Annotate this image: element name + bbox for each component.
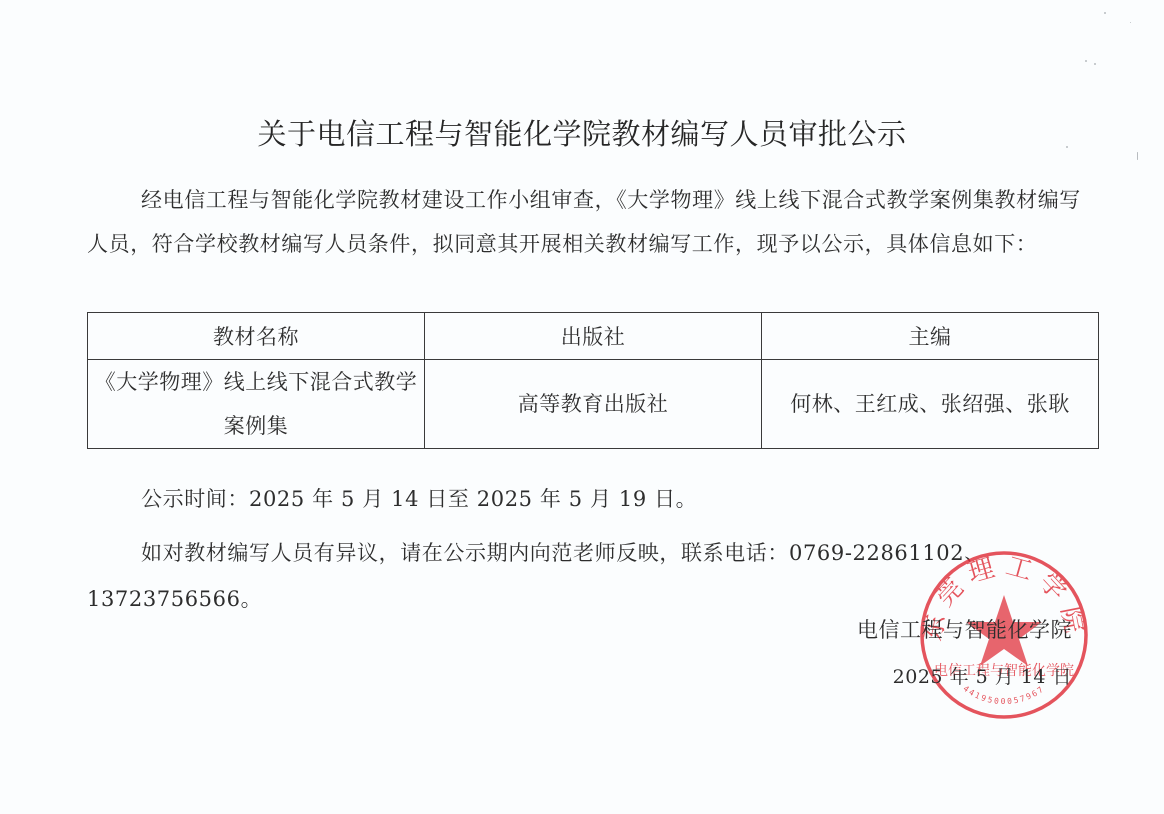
cell-textbook-name: 《大学物理》线上线下混合式教学案例集 (88, 360, 425, 449)
intro-paragraph: 经电信工程与智能化学院教材建设工作小组审查，《大学物理》线上线下混合式教学案例集… (87, 178, 1087, 266)
cell-chief-editors: 何林、王红成、张绍强、张耿 (762, 360, 1099, 449)
header-textbook-name: 教材名称 (88, 313, 425, 360)
document-title: 关于电信工程与智能化学院教材编写人员审批公示 (0, 114, 1164, 154)
header-publisher: 出版社 (425, 313, 762, 360)
textbook-info-table: 教材名称 出版社 主编 《大学物理》线上线下混合式教学案例集 高等教育出版社 何… (87, 312, 1099, 449)
signature-organization: 电信工程与智能化学院 (857, 614, 1072, 644)
cell-publisher: 高等教育出版社 (425, 360, 762, 449)
table-row: 《大学物理》线上线下混合式教学案例集 高等教育出版社 何林、王红成、张绍强、张耿 (88, 360, 1099, 449)
table-header-row: 教材名称 出版社 主编 (88, 313, 1099, 360)
signature-date: 2025 年 5 月 14 日 (893, 662, 1072, 689)
header-chief-editors: 主编 (762, 313, 1099, 360)
notice-period: 公示时间：2025 年 5 月 14 日至 2025 年 5 月 19 日。 (87, 477, 1087, 521)
scanned-document-page: 关于电信工程与智能化学院教材编写人员审批公示 经电信工程与智能化学院教材建设工作… (0, 0, 1164, 814)
